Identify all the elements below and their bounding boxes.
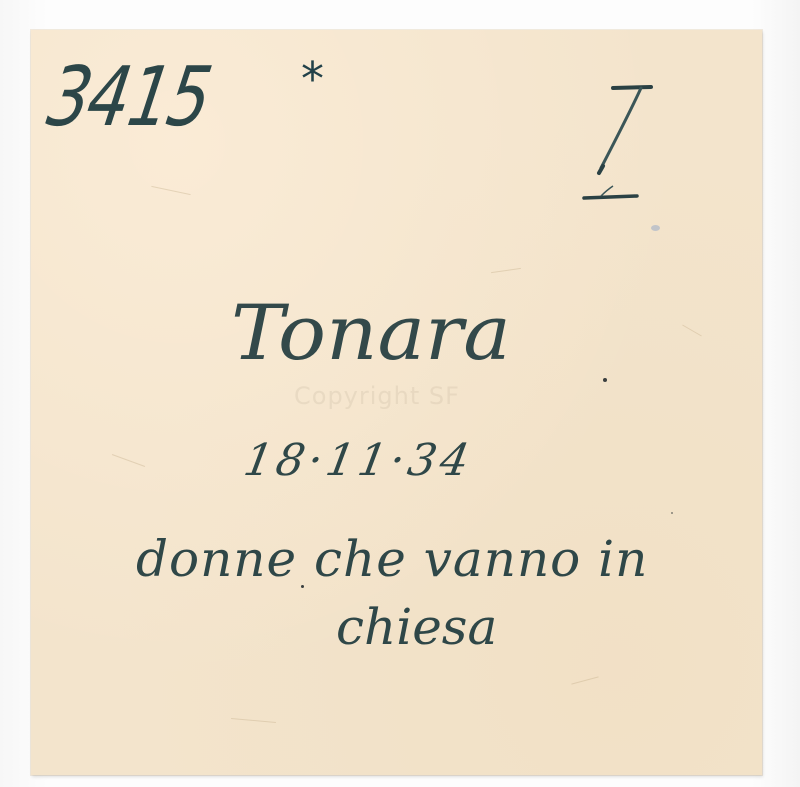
paper-fiber — [571, 676, 598, 684]
caption-line-2: chiesa — [336, 598, 497, 656]
copyright-watermark: Copyright SF — [294, 382, 460, 410]
paper-blemish — [651, 225, 660, 231]
place-name: Tonara — [231, 288, 511, 377]
volume-numeral-I: I — [551, 70, 671, 200]
catalog-number: 3415 — [33, 50, 224, 145]
paper-fiber — [682, 325, 702, 337]
paper-fiber — [112, 454, 145, 467]
ink-speck — [603, 378, 607, 382]
date: 18·11·34 — [240, 435, 477, 486]
paper-fiber — [491, 268, 521, 273]
paper-fiber — [151, 186, 190, 195]
catalog-star-mark: * — [301, 52, 324, 106]
paper-fiber — [231, 718, 276, 723]
ink-speck — [301, 585, 304, 588]
catalog-card: 3415 * I Tonara Copyright SF 18·11·34 do… — [31, 30, 762, 775]
ink-speck — [671, 512, 673, 514]
caption-line-1: donne che vanno in — [136, 530, 648, 588]
